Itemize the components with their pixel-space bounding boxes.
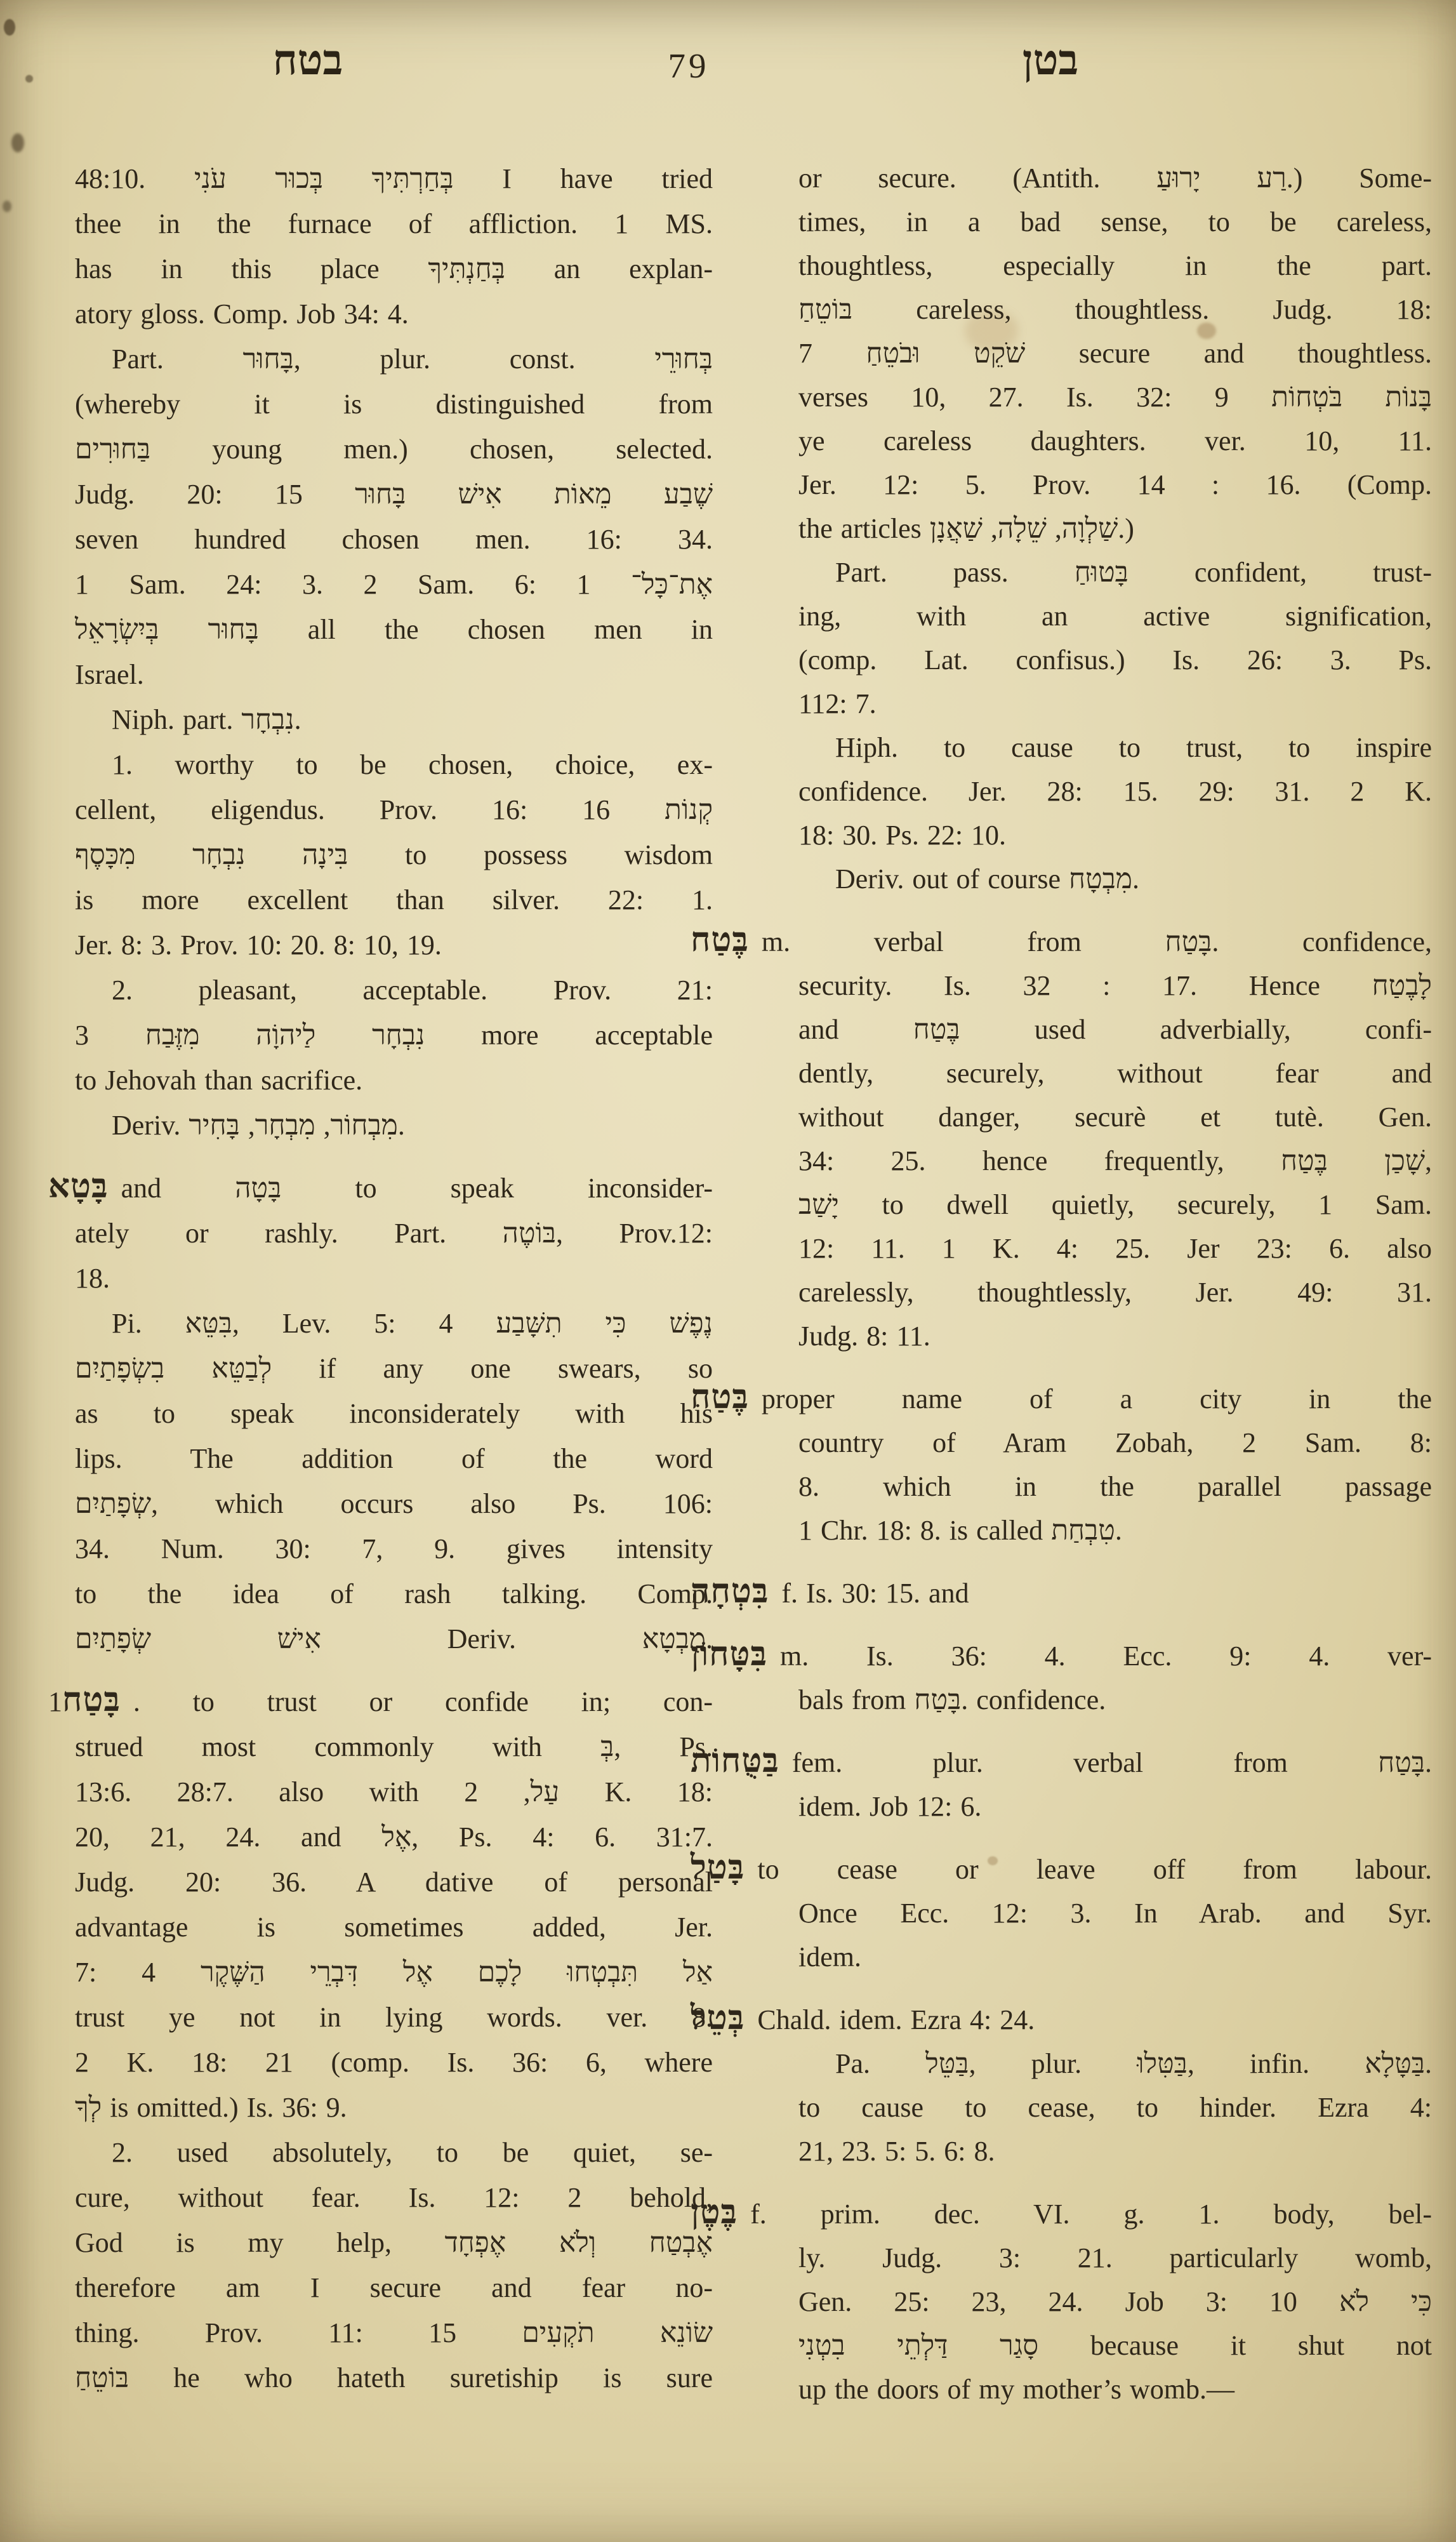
text-line: שְׂפָתַיִם, which occurs also Ps. 106: (75, 1481, 713, 1526)
text-line: (comp. Lat. confisus.) Is. 26: 3. Ps. (798, 638, 1432, 682)
text-line: verses 10, 27. Is. 32: 9 בָּנוֹת בֹּטְחו… (798, 375, 1432, 419)
text-line: strued most commonly with בְּ, Ps. (75, 1724, 713, 1769)
entry-first-line: בֶּטֶןf. prim. dec. VI. g. 1. body, bel- (691, 2191, 1432, 2236)
text-line: idem. (798, 1935, 1432, 1979)
hebrew-headword: בֶּטַח (691, 1379, 749, 1416)
text-line: country of Aram Zobah, 2 Sam. 8: (798, 1421, 1432, 1465)
text-line: cure, without fear. Is. 12: 2 behold, (75, 2175, 713, 2220)
text-line: therefore am I secure and fear no- (75, 2265, 713, 2310)
entry-first-line-text: 1. to trust or confide in; con- (48, 1686, 713, 1717)
text-line: 18: 30. Ps. 22: 10. (798, 813, 1432, 857)
text-line: Niph. part. נִבְחָר. (75, 697, 713, 742)
text-line: dently, securely, without fear and (798, 1051, 1432, 1095)
right-column: or secure. (Antith. רַע יָרוּעַ.) Some- … (798, 156, 1432, 2411)
entry-block-beten: בֶּטֶןf. prim. dec. VI. g. 1. body, bel-… (798, 2191, 1432, 2411)
entry-first-line-text: m. verbal from בָּטַח. confidence, (762, 926, 1432, 957)
text-line: idem. Job 12: 6. (798, 1785, 1432, 1828)
text-line: Judg. 20: 15 שֶׁבַע מֵאוֹת אִישׁ בָּחוּר (75, 472, 713, 517)
text-line: thing. Prov. 11: 15 שׂוֹנֵא תֹקְעִים (75, 2310, 713, 2355)
text-line: ly. Judg. 3: 21. particularly womb, (798, 2236, 1432, 2280)
entry-first-line: בֶּטַחproper name of a city in the (691, 1376, 1432, 1421)
entry-block-bitchah: בִּטְחָהf. Is. 30: 15. and (798, 1570, 1432, 1615)
text-line: 1 Chr. 18: 8. is called טִבְחַת. (798, 1508, 1432, 1552)
text-line: to cause to cease, to hinder. Ezra 4: (798, 2086, 1432, 2129)
text-line: 21, 23. 5: 5. 6: 8. (798, 2129, 1432, 2173)
text-line: Jer. 8: 3. Prov. 10: 20. 8: 10, 19. (75, 922, 713, 968)
text-line: bals from בָּטַח. confidence. (798, 1678, 1432, 1722)
text-line: to Jehovah than sacrifice. (75, 1058, 713, 1103)
entry-first-line-text: to cease or leave off from labour. (757, 1854, 1432, 1885)
text-line: atory gloss. Comp. Job 34: 4. (75, 291, 713, 336)
text-line: 8. which in the parallel passage (798, 1465, 1432, 1508)
text-line: 112: 7. (798, 682, 1432, 726)
entry-first-line: בָּטָאand בָּטָה to speak inconsider- (48, 1164, 713, 1211)
text-line: אִישׁ שְׂפָתַיִם Deriv. מִבְטָא. (75, 1616, 713, 1661)
entry-block-bitachon: בִּטָּחוֹןm. Is. 36: 4. Ecc. 9: 4. ver- … (798, 1633, 1432, 1722)
running-head-left: בטח (238, 37, 378, 85)
text-line: 2 K. 18: 21 (comp. Is. 36: 6, where (75, 2040, 713, 2085)
text-line: to the idea of rash talking. Comp. (75, 1571, 713, 1616)
hebrew-headword: בִּטָּחוֹן (691, 1636, 767, 1673)
entry-block-battuchoth: בַּטֻּחוֹתfem. plur. verbal from בָּטַח.… (798, 1740, 1432, 1828)
hebrew-headword: בְּטֵל (691, 2000, 745, 2037)
text-line: Deriv. מִבְחוֹר, מִבְחָר, בָּחִיר. (75, 1103, 713, 1148)
text-line: seven hundred chosen men. 16: 34. (75, 517, 713, 562)
hebrew-headword: בַּטֻּחוֹת (691, 1743, 779, 1780)
text-line: Israel. (75, 652, 713, 697)
text-line: Part. pass. בָּטוּחַ confident, trust- (798, 550, 1432, 594)
text-line: Once Ecc. 12: 3. In Arab. and Syr. (798, 1891, 1432, 1935)
text-line: 3 נִבְחָר לַיהוָֹה מִזֶּבַח more accepta… (75, 1013, 713, 1058)
text-line: carelessly, thoughtlessly, Jer. 49: 31. (798, 1270, 1432, 1314)
entry-block-betel-chald: בְּטֵלChald. idem. Ezra 4: 24. Pa. בַּטֵ… (798, 1997, 1432, 2173)
entry-block-betach-city: בֶּטַחproper name of a city in the count… (798, 1376, 1432, 1552)
text-line: 12: 11. 1 K. 4: 25. Jer 23: 6. also (798, 1227, 1432, 1270)
entry-continuation-block: or secure. (Antith. רַע יָרוּעַ.) Some- … (798, 156, 1432, 901)
entry-first-line-text: and בָּטָה to speak inconsider- (121, 1173, 713, 1204)
text-line: 1 Sam. 24: 3. 2 Sam. 6: 1 אֶת־כָּל־ (75, 562, 713, 607)
text-line: confidence. Jer. 28: 15. 29: 31. 2 K. (798, 769, 1432, 813)
paper-stain (4, 19, 15, 36)
text-line: Hiph. to cause to trust, to inspire (798, 726, 1432, 769)
text-line: times, in a bad sense, to be careless, (798, 200, 1432, 244)
entry-first-line-text: f. Is. 30: 15. and (781, 1578, 969, 1609)
text-line: lips. The addition of the word (75, 1436, 713, 1481)
text-line: בּוֹטֵחַ careless, thoughtless. Judg. 18… (798, 288, 1432, 331)
hebrew-headword: בִּטְחָה (691, 1573, 769, 1610)
text-line: Judg. 8: 11. (798, 1314, 1432, 1358)
hebrew-headword: בָּטָא (48, 1168, 109, 1205)
text-line: בִּינָה נִבְחָר מִכָּסֶף to possess wisd… (75, 832, 713, 877)
text-line: Deriv. out of course מִבְטָח. (798, 857, 1432, 901)
text-line: לְבַטֵּא בִשְׂפָתַיִם if any one swears,… (75, 1346, 713, 1391)
text-line: בָּחוּר בְּיִשְׂרָאֵל all the chosen men… (75, 607, 713, 652)
paper-stain (3, 201, 11, 212)
text-line: 18. (75, 1256, 713, 1301)
entry-continuation-block: 48:10. בְּחַרְתִּיךָ בְּכוּר עֹנִי I hav… (75, 156, 713, 1148)
text-line: security. Is. 32 : 17. Hence לָבֶטַח (798, 964, 1432, 1008)
entry-first-line-text: Chald. idem. Ezra 4: 24. (757, 2004, 1035, 2035)
entry-first-line: בָּטַח1. to trust or confide in; con- (48, 1678, 713, 1724)
text-line: סָגַר דַּלְתֵי בִטְנִי because it shut n… (798, 2324, 1432, 2367)
text-line: 34. Num. 30: 7, 9. gives intensity (75, 1526, 713, 1571)
entry-first-line-text: fem. plur. verbal from בָּטַח. (792, 1747, 1432, 1778)
text-line: יָשַׁב to dwell quietly, securely, 1 Sam… (798, 1183, 1432, 1227)
hebrew-headword: בָּטַח (62, 1682, 121, 1719)
text-line: God is my help, אֶבְטַח וְלֹא אֶפְחָד (75, 2220, 713, 2265)
text-line: and בֶּטַח used adverbially, confi- (798, 1008, 1432, 1051)
text-line: Pi. בִּטֵּא, Lev. 5: 4 נֶפֶשׁ כִּי תִשָּ… (75, 1301, 713, 1346)
text-line: trust ye not in lying words. ver. 8. (75, 1995, 713, 2040)
text-line: בּוֹטֵחַ he who hateth suretiship is sur… (75, 2355, 713, 2400)
hebrew-headword: בָּטַל (691, 1849, 745, 1886)
text-line: 1. worthy to be chosen, choice, ex- (75, 742, 713, 787)
entry-block-bata: בָּטָאand בָּטָה to speak inconsider- at… (75, 1164, 713, 1661)
text-line: לְךָ is omitted.) Is. 36: 9. (75, 2085, 713, 2130)
text-line: 34: 25. hence frequently, שָׁכַן בֶּטַח, (798, 1139, 1432, 1183)
entry-first-line-text: f. prim. dec. VI. g. 1. body, bel- (750, 2199, 1432, 2230)
text-line: 20, 21, 24. and אֶל, Ps. 4: 6. 31:7. (75, 1814, 713, 1860)
paper-stain (25, 75, 33, 83)
text-line: thoughtless, especially in the part. (798, 244, 1432, 288)
text-line: ye careless daughters. ver. 10, 11. (798, 419, 1432, 463)
text-line: Part. בָּחוּר, plur. const. בְּחוּרֵי (75, 336, 713, 382)
text-line: thee in the furnace of affliction. 1 MS. (75, 201, 713, 246)
text-line: 7 שֹׁקֵט וּבֹטֵחַ secure and thoughtless… (798, 331, 1432, 375)
text-line: is more excellent than silver. 22: 1. (75, 877, 713, 922)
text-line: 7: 4 אַל תִּבְטְחוּ לָכֶם אֶל דִּבְרֵי ה… (75, 1950, 713, 1995)
text-line: ately or rashly. Part. בּוֹטֶה, Prov.12: (75, 1211, 713, 1256)
text-line: Pa. בַּטֵּל, plur. בַּטִּלוּ, infin. בַּ… (798, 2042, 1432, 2086)
text-line: Jer. 12: 5. Prov. 14 : 16. (Comp. (798, 463, 1432, 507)
running-head-right: בטן (981, 37, 1120, 85)
text-line: has in this place בְּחַנְתִּיךָ an expla… (75, 246, 713, 291)
text-line: 2. used absolutely, to be quiet, se- (75, 2130, 713, 2175)
paper-stain (11, 133, 24, 152)
text-line: Judg. 20: 36. A dative of personal (75, 1860, 713, 1905)
text-line: cellent, eligendus. Prov. 16: 16 קְנוֹת (75, 787, 713, 832)
entry-first-line: בֶּטַחm. verbal from בָּטַח. confidence, (691, 919, 1432, 964)
text-line: (whereby it is distinguished from (75, 382, 713, 427)
entry-block-batach: בָּטַח1. to trust or confide in; con- st… (75, 1678, 713, 2400)
text-line: ing, with an active signification, (798, 594, 1432, 638)
page-number: 79 (635, 46, 743, 86)
scanned-lexicon-page: בטח 79 בטן 48:10. בְּחַרְתִּיךָ בְּכוּר … (0, 0, 1456, 2542)
text-line: up the doors of my mother’s womb.— (798, 2367, 1432, 2411)
text-line: advantage is sometimes added, Jer. (75, 1905, 713, 1950)
entry-first-line-text: m. Is. 36: 4. Ecc. 9: 4. ver- (780, 1640, 1432, 1672)
entry-first-line: בָּטַלto cease or leave off from labour. (691, 1846, 1432, 1891)
entry-first-line-text: proper name of a city in the (762, 1383, 1432, 1414)
entry-first-line: בְּטֵלChald. idem. Ezra 4: 24. (691, 1997, 1432, 2042)
text-line: or secure. (Antith. רַע יָרוּעַ.) Some- (798, 156, 1432, 200)
text-line: Gen. 25: 23, 24. Job 3: 10 כִּי לֹא (798, 2280, 1432, 2324)
text-line: 2. pleasant, acceptable. Prov. 21: (75, 968, 713, 1013)
text-line: as to speak inconsiderately with his (75, 1391, 713, 1436)
hebrew-headword: בֶּטַח (691, 922, 749, 959)
entry-first-line: בִּטָּחוֹןm. Is. 36: 4. Ecc. 9: 4. ver- (691, 1633, 1432, 1678)
entry-first-line: בִּטְחָהf. Is. 30: 15. and (691, 1570, 1432, 1615)
text-line: the articles שַׁלְוָה, שֵׁלָה, שַׁאֲנָן.… (798, 507, 1432, 550)
text-line: 48:10. בְּחַרְתִּיךָ בְּכוּר עֹנִי I hav… (75, 156, 713, 201)
entry-block-betach-noun: בֶּטַחm. verbal from בָּטַח. confidence,… (798, 919, 1432, 1358)
text-line: 13:6. 28:7. also with עַל, 2 K. 18: (75, 1769, 713, 1814)
text-line: בַּחוּרִים young men.) chosen, selected. (75, 427, 713, 472)
left-column: 48:10. בְּחַרְתִּיךָ בְּכוּר עֹנִי I hav… (75, 156, 713, 2400)
text-line: without danger, securè et tutè. Gen. (798, 1095, 1432, 1139)
entry-block-batal: בָּטַלto cease or leave off from labour.… (798, 1846, 1432, 1979)
hebrew-headword: בֶּטֶן (691, 2194, 738, 2231)
entry-first-line: בַּטֻּחוֹתfem. plur. verbal from בָּטַח. (691, 1740, 1432, 1785)
